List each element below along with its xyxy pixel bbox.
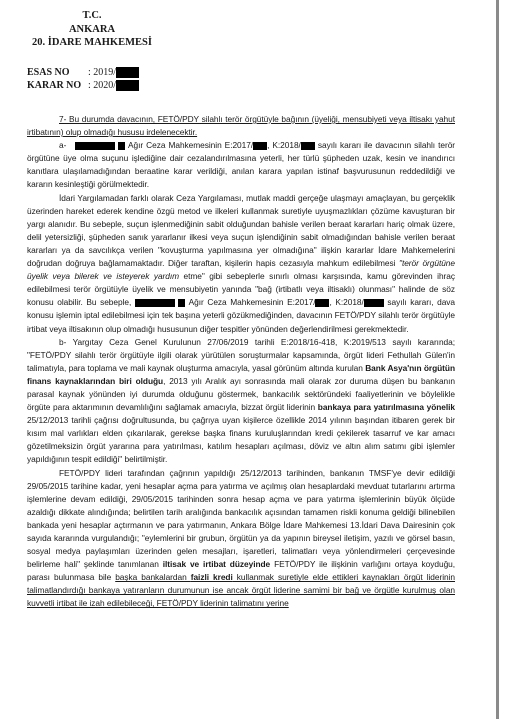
esas-no-label: ESAS NO [27,66,88,79]
header-tc: T.C. [27,9,157,23]
redaction-block [135,299,175,307]
paragraph-b-text-3: 25/12/2013 tarihli çağrısı doğrultusunda… [27,415,455,464]
page-edge-border [496,0,499,719]
redaction-block [116,67,139,78]
esas-no-row: ESAS NO : 2019/ [27,66,139,79]
paragraph-idari-court: Ağır Ceza Mahkemesinin E:2017/ [189,297,316,307]
paragraph-feto-underline-1: başka bankalardan [115,572,191,582]
redaction-block [364,299,384,307]
paragraph-7-text: 7- Bu durumda davacının, FETÖ/PDY silahl… [27,114,455,137]
redaction-block [315,299,329,307]
redaction-block [301,142,315,150]
decision-body: 7- Bu durumda davacının, FETÖ/PDY silahl… [27,113,455,611]
redaction-block [253,142,267,150]
paragraph-7: 7- Bu durumda davacının, FETÖ/PDY silahl… [27,113,455,139]
paragraph-a: a- Ağır Ceza Mahkemesinin E:2017/, K:201… [27,139,455,191]
karar-no-value: : 2020/ [88,79,116,92]
redaction-block [75,142,115,150]
paragraph-feto-bold-1: iltisak ve irtibat düzeyinde [163,559,270,569]
redaction-block [116,80,139,91]
paragraph-idari-k: , K:2018/ [329,297,363,307]
paragraph-feto-underline-bold: faizli kredi [191,572,233,582]
paragraph-b-bold-2: bankaya para yatırılmasına yönelik [318,402,455,412]
paragraph-feto: FETÖ/PDY lideri tarafından çağrının yapı… [27,467,455,611]
paragraph-idari: İdari Yargılamadan farklı olarak Ceza Ya… [27,192,455,336]
paragraph-a-k: , K:2018/ [267,140,301,150]
case-numbers: ESAS NO : 2019/ KARAR NO : 2020/ [27,66,139,92]
paragraph-b: b- Yargıtay Ceza Genel Kurulunun 27/06/2… [27,336,455,467]
esas-no-value: : 2019/ [88,66,116,79]
karar-no-row: KARAR NO : 2020/ [27,79,139,92]
karar-no-label: KARAR NO [27,79,88,92]
redaction-block [118,142,125,150]
header-city: ANKARA [27,23,157,37]
court-header: T.C. ANKARA 20. İDARE MAHKEMESİ [27,9,157,50]
redaction-block [178,299,185,307]
paragraph-a-court: Ağır Ceza Mahkemesinin E:2017/ [128,140,253,150]
paragraph-a-prefix: a- [59,140,66,150]
header-court: 20. İDARE MAHKEMESİ [27,36,157,50]
paragraph-idari-text-1: İdari Yargılamadan farklı olarak Ceza Ya… [27,193,455,268]
paragraph-feto-text-1: FETÖ/PDY lideri tarafından çağrının yapı… [27,468,455,570]
